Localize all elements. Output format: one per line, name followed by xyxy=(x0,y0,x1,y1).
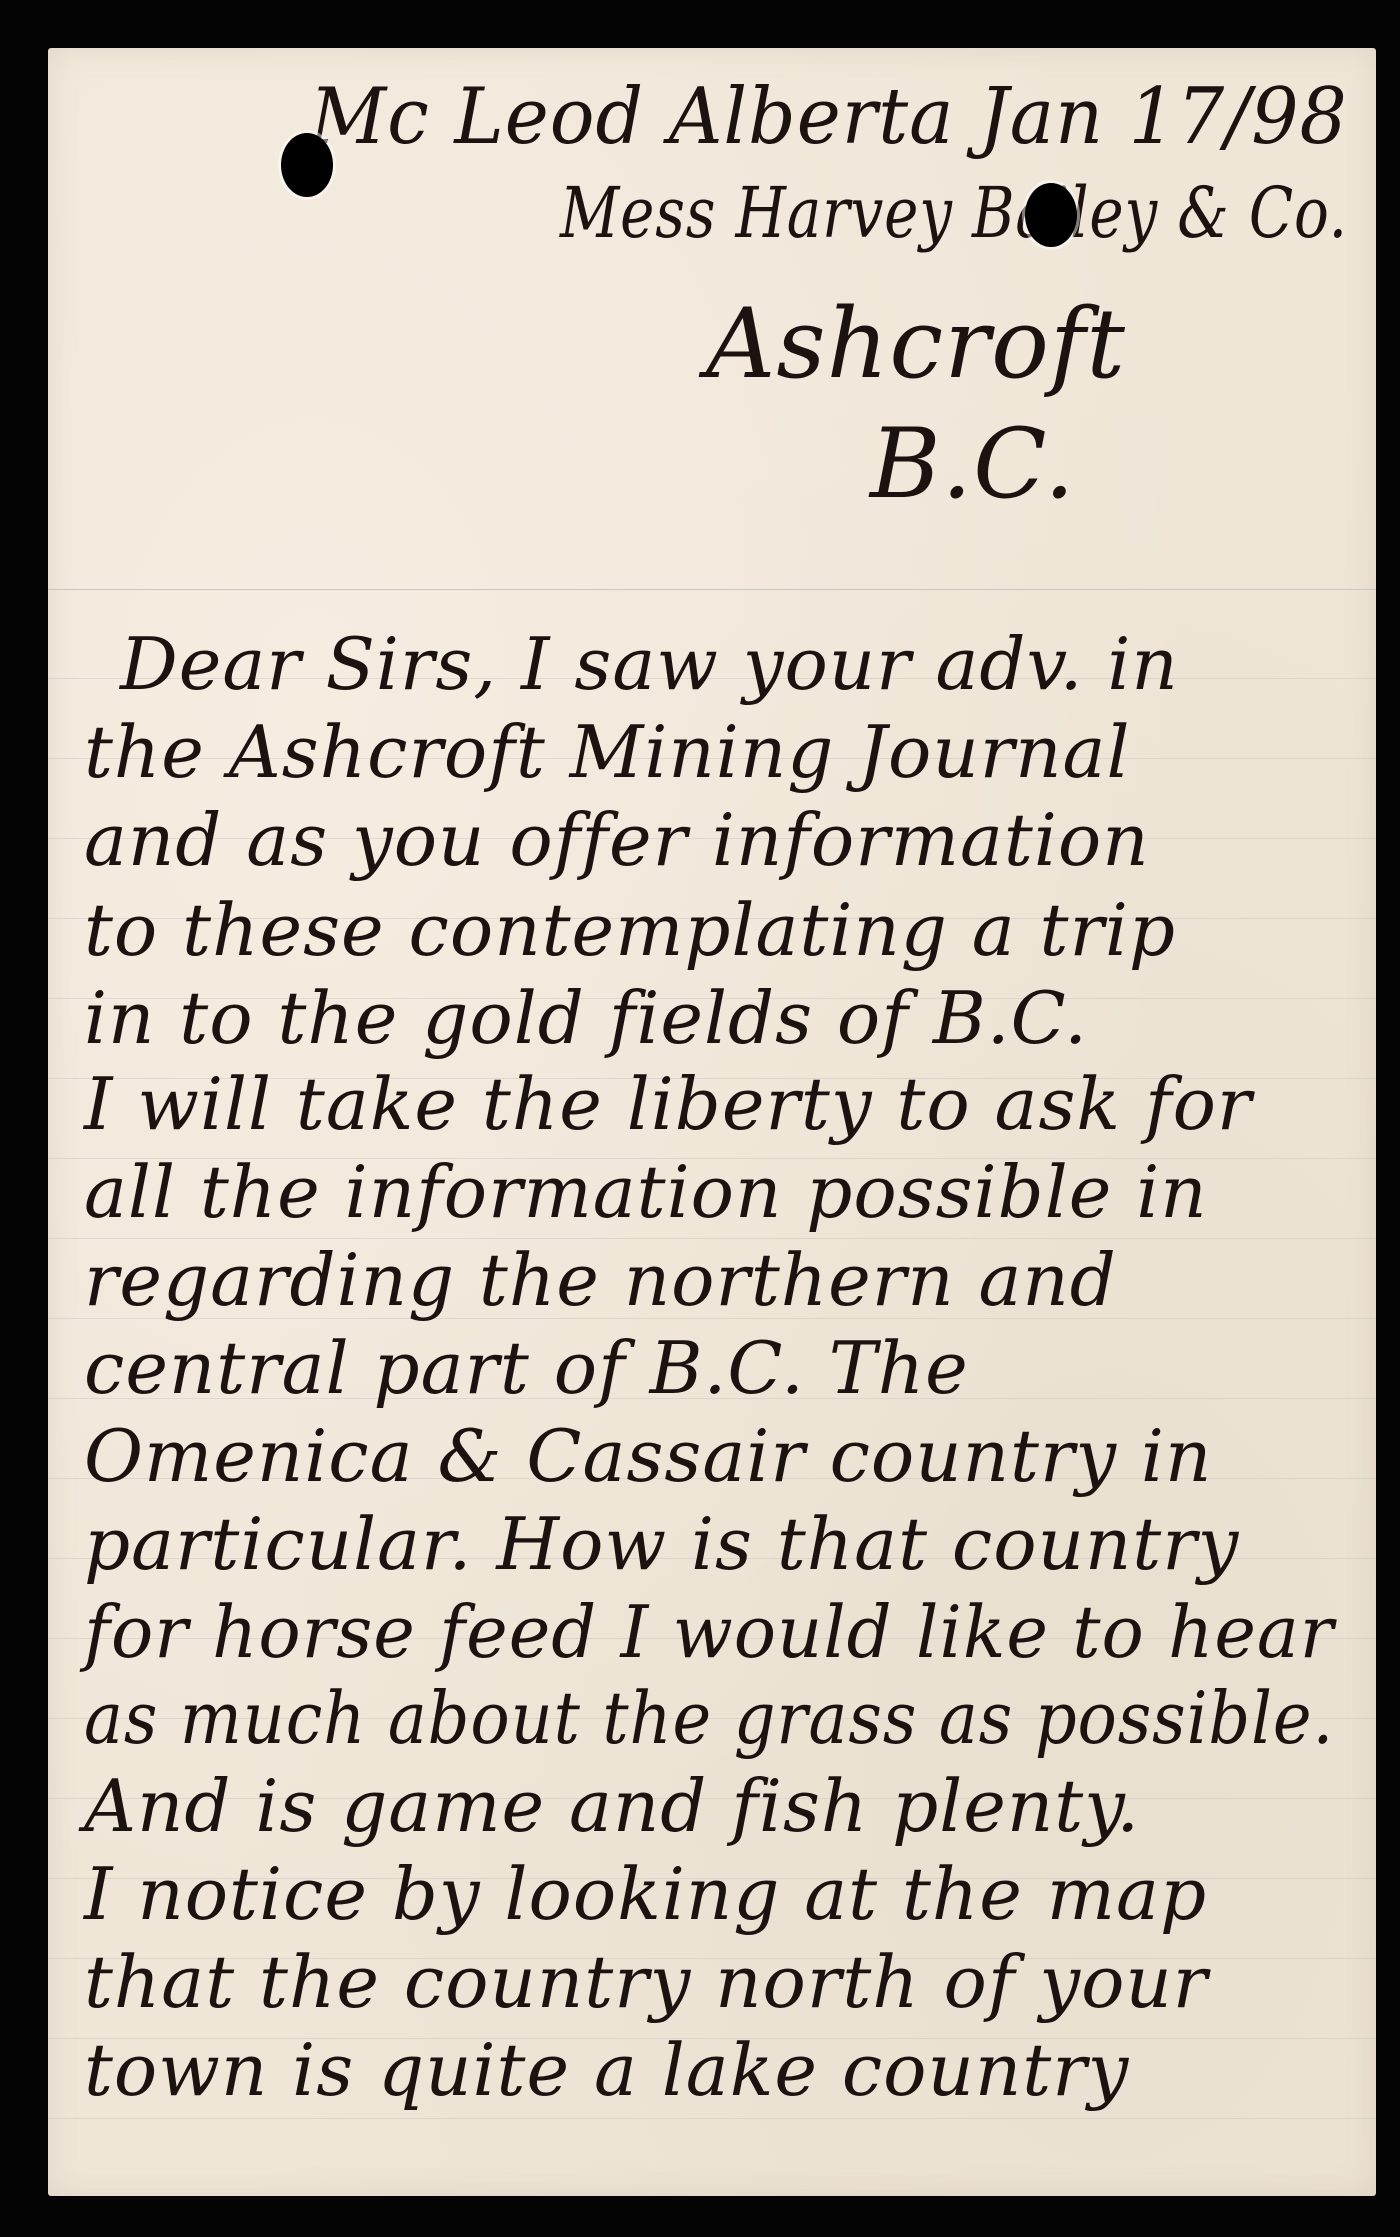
fold-crease xyxy=(48,589,1376,591)
body-line-5: in to the gold fields of B.C. xyxy=(84,982,1088,1054)
body-line-3: and as you offer information xyxy=(84,804,1150,876)
body-line-11: particular. How is that country xyxy=(84,1508,1239,1580)
body-line-10: Omenica & Cassair country in xyxy=(84,1420,1212,1492)
body-line-16: that the country north of your xyxy=(84,1946,1208,2018)
addressee-line: Mess Harvey Bailey & Co. xyxy=(560,178,1348,248)
ruled-line xyxy=(48,2118,1376,2119)
body-line-4: to these contemplating a trip xyxy=(84,894,1176,966)
body-line-12: for horse feed I would like to hear xyxy=(84,1596,1334,1668)
body-line-7: all the information possible in xyxy=(84,1156,1208,1228)
body-line-1: Dear Sirs, I saw your adv. in xyxy=(120,628,1179,700)
punch-hole-right xyxy=(1025,183,1077,247)
letter-paper: Mc Leod Alberta Jan 17/98 Mess Harvey Ba… xyxy=(48,48,1376,2196)
body-line-9: central part of B.C. The xyxy=(84,1332,969,1404)
body-line-2: the Ashcroft Mining Journal xyxy=(84,716,1131,788)
place-date-line: Mc Leod Alberta Jan 17/98 xyxy=(310,78,1348,156)
body-line-17: town is quite a lake country xyxy=(84,2034,1129,2106)
city-line: Ashcroft xyxy=(706,296,1126,392)
body-line-8: regarding the northern and xyxy=(84,1244,1117,1316)
body-line-15: I notice by looking at the map xyxy=(84,1858,1207,1930)
body-line-6: I will take the liberty to ask for xyxy=(84,1068,1252,1140)
province-line: B.C. xyxy=(870,416,1076,512)
punch-hole-left xyxy=(281,133,333,197)
body-line-14: And is game and fish plenty. xyxy=(84,1770,1140,1842)
body-line-13: as much about the grass as possible. xyxy=(84,1682,1334,1754)
